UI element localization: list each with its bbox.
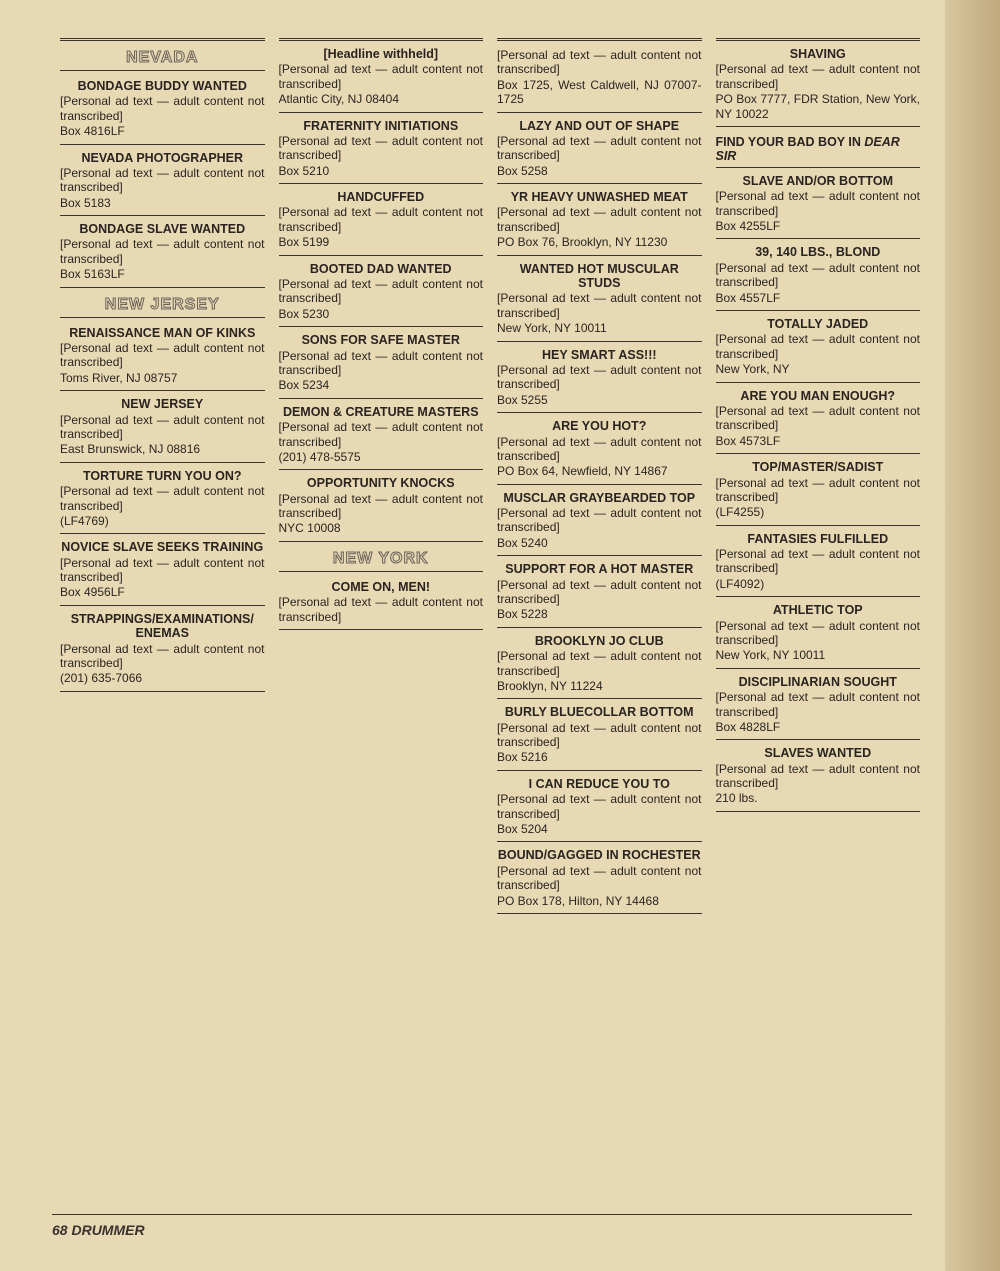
ad-headline: SLAVE AND/OR BOTTOM — [716, 174, 921, 188]
ad-box-number: Box 4816LF — [60, 124, 265, 138]
ad-box-number: Box 5255 — [497, 393, 702, 407]
personal-ad: SLAVES WANTED[Personal ad text — adult c… — [716, 744, 921, 812]
personal-ad: COME ON, MEN![Personal ad text — adult c… — [279, 578, 484, 630]
ad-headline: BURLY BLUECOLLAR BOTTOM — [497, 705, 702, 719]
ad-headline: BOUND/GAGGED IN ROCHESTER — [497, 848, 702, 862]
ad-headline: MUSCLAR GRAYBEARDED TOP — [497, 491, 702, 505]
ad-body: [Personal ad text — adult content not tr… — [60, 166, 265, 195]
ad-headline: [Headline withheld] — [279, 47, 484, 61]
ad-body: [Personal ad text — adult content not tr… — [497, 506, 702, 535]
ad-box-number: (LF4092) — [716, 577, 921, 591]
ad-headline: NOVICE SLAVE SEEKS TRAINING — [60, 540, 265, 554]
ad-body: [Personal ad text — adult content not tr… — [60, 484, 265, 513]
ad-box-number: (201) 635-7066 — [60, 671, 265, 685]
column-3: [Personal ad text — adult content not tr… — [497, 38, 702, 1208]
ad-body: [Personal ad text — adult content not tr… — [497, 792, 702, 821]
footer-rule — [52, 1214, 912, 1215]
ad-box-number: Box 4956LF — [60, 585, 265, 599]
column-2: [Headline withheld][Personal ad text — a… — [279, 38, 484, 1208]
ad-headline: SUPPORT FOR A HOT MASTER — [497, 562, 702, 576]
personal-ad: HEY SMART ASS!!![Personal ad text — adul… — [497, 346, 702, 414]
ad-body: [Personal ad text — adult content not tr… — [60, 237, 265, 266]
ad-body: [Personal ad text — adult content not tr… — [497, 134, 702, 163]
ad-headline: COME ON, MEN! — [279, 580, 484, 594]
ad-box-number: East Brunswick, NJ 08816 — [60, 442, 265, 456]
promo-text: FIND YOUR BAD BOY IN — [716, 135, 865, 149]
ad-headline: HANDCUFFED — [279, 190, 484, 204]
ad-box-number: Box 5230 — [279, 307, 484, 321]
ad-headline: BONDAGE SLAVE WANTED — [60, 222, 265, 236]
ad-box-number: New York, NY — [716, 362, 921, 376]
personal-ad: OPPORTUNITY KNOCKS[Personal ad text — ad… — [279, 474, 484, 542]
ad-box-number: Box 5204 — [497, 822, 702, 836]
ad-headline: TOTALLY JADED — [716, 317, 921, 331]
ad-body: [Personal ad text — adult content not tr… — [716, 547, 921, 576]
ad-box-number: Box 4828LF — [716, 720, 921, 734]
promo-line: FIND YOUR BAD BOY IN DEAR SIR — [716, 131, 921, 168]
personal-ad: SONS FOR SAFE MASTER[Personal ad text — … — [279, 331, 484, 399]
personal-ad: 39, 140 LBS., BLOND[Personal ad text — a… — [716, 243, 921, 311]
personal-ad: DISCIPLINARIAN SOUGHT[Personal ad text —… — [716, 673, 921, 741]
personal-ad: HANDCUFFED[Personal ad text — adult cont… — [279, 188, 484, 256]
ad-body: [Personal ad text — adult content not tr… — [279, 420, 484, 449]
column-top-rule — [716, 38, 921, 41]
ad-headline: FRATERNITY INITIATIONS — [279, 119, 484, 133]
ad-body: [Personal ad text — adult content not tr… — [60, 94, 265, 123]
personal-ad: NEVADA PHOTOGRAPHER[Personal ad text — a… — [60, 149, 265, 217]
ad-body: [Personal ad text — adult content not tr… — [279, 205, 484, 234]
personal-ad: LAZY AND OUT OF SHAPE[Personal ad text —… — [497, 117, 702, 185]
ad-headline: YR HEAVY UNWASHED MEAT — [497, 190, 702, 204]
personal-ad: SUPPORT FOR A HOT MASTER[Personal ad tex… — [497, 560, 702, 628]
page-footer: 68 DRUMMER — [52, 1222, 145, 1238]
ad-body: [Personal ad text — adult content not tr… — [279, 349, 484, 378]
ad-box-number: NYC 10008 — [279, 521, 484, 535]
column-1: NEVADABONDAGE BUDDY WANTED[Personal ad t… — [60, 38, 265, 1208]
personal-ad: WANTED HOT MUSCULAR STUDS[Personal ad te… — [497, 260, 702, 342]
ad-body: [Personal ad text — adult content not tr… — [279, 134, 484, 163]
ad-box-number: Box 5163LF — [60, 267, 265, 281]
ad-body: [Personal ad text — adult content not tr… — [497, 48, 702, 77]
personal-ad: BOOTED DAD WANTED[Personal ad text — adu… — [279, 260, 484, 328]
personal-ad: MUSCLAR GRAYBEARDED TOP[Personal ad text… — [497, 489, 702, 557]
ad-body: [Personal ad text — adult content not tr… — [497, 578, 702, 607]
ad-body: [Personal ad text — adult content not tr… — [716, 404, 921, 433]
ad-box-number: Box 4573LF — [716, 434, 921, 448]
personal-ad: YR HEAVY UNWASHED MEAT[Personal ad text … — [497, 188, 702, 256]
ad-headline: OPPORTUNITY KNOCKS — [279, 476, 484, 490]
ad-headline: RENAISSANCE MAN OF KINKS — [60, 326, 265, 340]
ad-headline: SHAVING — [716, 47, 921, 61]
personal-ad: [Headline withheld][Personal ad text — a… — [279, 45, 484, 113]
column-top-rule — [497, 38, 702, 41]
ad-box-number: New York, NY 10011 — [716, 648, 921, 662]
personal-ad: BURLY BLUECOLLAR BOTTOM[Personal ad text… — [497, 703, 702, 771]
ad-headline: TORTURE TURN YOU ON? — [60, 469, 265, 483]
ad-box-number: PO Box 76, Brooklyn, NY 11230 — [497, 235, 702, 249]
personal-ad: BOUND/GAGGED IN ROCHESTER[Personal ad te… — [497, 846, 702, 914]
ad-box-number: PO Box 7777, FDR Station, New York, NY 1… — [716, 92, 921, 121]
ad-headline: ARE YOU MAN ENOUGH? — [716, 389, 921, 403]
ad-headline: BOOTED DAD WANTED — [279, 262, 484, 276]
ad-box-number: Atlantic City, NJ 08404 — [279, 92, 484, 106]
ad-body: [Personal ad text — adult content not tr… — [716, 476, 921, 505]
column-4: SHAVING[Personal ad text — adult content… — [716, 38, 921, 1208]
ad-headline: DEMON & CREATURE MASTERS — [279, 405, 484, 419]
ad-box-number: Box 5228 — [497, 607, 702, 621]
personal-ad: TOP/MASTER/SADIST[Personal ad text — adu… — [716, 458, 921, 526]
personal-ad: ARE YOU MAN ENOUGH?[Personal ad text — a… — [716, 387, 921, 455]
ad-box-number: (LF4769) — [60, 514, 265, 528]
ad-box-number: 210 lbs. — [716, 791, 921, 805]
ad-box-number: Box 5234 — [279, 378, 484, 392]
personal-ad: FANTASIES FULFILLED[Personal ad text — a… — [716, 530, 921, 598]
ad-headline: ARE YOU HOT? — [497, 419, 702, 433]
ad-body: [Personal ad text — adult content not tr… — [716, 332, 921, 361]
personal-ad: STRAPPINGS/EXAMINATIONS/ ENEMAS[Personal… — [60, 610, 265, 692]
ad-headline: TOP/MASTER/SADIST — [716, 460, 921, 474]
ad-headline: I CAN REDUCE YOU TO — [497, 777, 702, 791]
ad-headline: DISCIPLINARIAN SOUGHT — [716, 675, 921, 689]
personal-ad: SLAVE AND/OR BOTTOM[Personal ad text — a… — [716, 172, 921, 240]
personal-ad: SHAVING[Personal ad text — adult content… — [716, 45, 921, 127]
ad-box-number: Box 5240 — [497, 536, 702, 550]
ad-headline: 39, 140 LBS., BLOND — [716, 245, 921, 259]
publication-title: DRUMMER — [71, 1222, 144, 1238]
ad-body: [Personal ad text — adult content not tr… — [716, 619, 921, 648]
ad-box-number: (201) 478-5575 — [279, 450, 484, 464]
ad-body: [Personal ad text — adult content not tr… — [716, 690, 921, 719]
personal-ad: DEMON & CREATURE MASTERS[Personal ad tex… — [279, 403, 484, 471]
ad-headline: WANTED HOT MUSCULAR STUDS — [497, 262, 702, 291]
ad-box-number: Toms River, NJ 08757 — [60, 371, 265, 385]
ad-body: [Personal ad text — adult content not tr… — [60, 413, 265, 442]
personal-ad: I CAN REDUCE YOU TO[Personal ad text — a… — [497, 775, 702, 843]
ad-body: [Personal ad text — adult content not tr… — [279, 62, 484, 91]
ad-body: [Personal ad text — adult content not tr… — [60, 642, 265, 671]
ad-columns: NEVADABONDAGE BUDDY WANTED[Personal ad t… — [60, 38, 920, 1208]
ad-headline: BROOKLYN JO CLUB — [497, 634, 702, 648]
ad-body: [Personal ad text — adult content not tr… — [716, 62, 921, 91]
ad-headline: ATHLETIC TOP — [716, 603, 921, 617]
ad-box-number: Box 4255LF — [716, 219, 921, 233]
ad-body: [Personal ad text — adult content not tr… — [716, 762, 921, 791]
ad-body: [Personal ad text — adult content not tr… — [60, 341, 265, 370]
personal-ad: RENAISSANCE MAN OF KINKS[Personal ad tex… — [60, 324, 265, 392]
personal-ad: NEW JERSEY[Personal ad text — adult cont… — [60, 395, 265, 463]
ad-box-number: Box 4557LF — [716, 291, 921, 305]
ad-body: [Personal ad text — adult content not tr… — [497, 649, 702, 678]
ad-box-number: Box 5183 — [60, 196, 265, 210]
ad-body: [Personal ad text — adult content not tr… — [60, 556, 265, 585]
ad-body: [Personal ad text — adult content not tr… — [497, 435, 702, 464]
page-edge-shadow — [945, 0, 1000, 1271]
ad-headline: NEVADA PHOTOGRAPHER — [60, 151, 265, 165]
ad-headline: LAZY AND OUT OF SHAPE — [497, 119, 702, 133]
ad-body: [Personal ad text — adult content not tr… — [497, 291, 702, 320]
personal-ad: TORTURE TURN YOU ON?[Personal ad text — … — [60, 467, 265, 535]
personal-ad: NOVICE SLAVE SEEKS TRAINING[Personal ad … — [60, 538, 265, 606]
section-header: NEVADA — [60, 45, 265, 71]
ad-body: [Personal ad text — adult content not tr… — [497, 864, 702, 893]
ad-headline: NEW JERSEY — [60, 397, 265, 411]
ad-box-number: New York, NY 10011 — [497, 321, 702, 335]
ad-body: [Personal ad text — adult content not tr… — [279, 595, 484, 624]
personal-ad: BONDAGE BUDDY WANTED[Personal ad text — … — [60, 77, 265, 145]
personal-ad: ARE YOU HOT?[Personal ad text — adult co… — [497, 417, 702, 485]
column-top-rule — [60, 38, 265, 41]
ad-body: [Personal ad text — adult content not tr… — [279, 492, 484, 521]
ad-headline: HEY SMART ASS!!! — [497, 348, 702, 362]
ad-body: [Personal ad text — adult content not tr… — [716, 189, 921, 218]
ad-box-number: (LF4255) — [716, 505, 921, 519]
column-top-rule — [279, 38, 484, 41]
section-header: NEW JERSEY — [60, 292, 265, 318]
personal-ad: BONDAGE SLAVE WANTED[Personal ad text — … — [60, 220, 265, 288]
personal-ad: TOTALLY JADED[Personal ad text — adult c… — [716, 315, 921, 383]
ad-headline: SONS FOR SAFE MASTER — [279, 333, 484, 347]
ad-box-number: Box 5199 — [279, 235, 484, 249]
ad-box-number: Box 5216 — [497, 750, 702, 764]
page-number: 68 — [52, 1222, 68, 1238]
section-header: NEW YORK — [279, 546, 484, 572]
ad-box-number: Box 1725, West Caldwell, NJ 07007-1725 — [497, 78, 702, 107]
ad-box-number: PO Box 178, Hilton, NY 14468 — [497, 894, 702, 908]
ad-headline: FANTASIES FULFILLED — [716, 532, 921, 546]
ad-body: [Personal ad text — adult content not tr… — [716, 261, 921, 290]
ad-box-number: Box 5210 — [279, 164, 484, 178]
ad-headline: BONDAGE BUDDY WANTED — [60, 79, 265, 93]
ad-headline: STRAPPINGS/EXAMINATIONS/ ENEMAS — [60, 612, 265, 641]
ad-body: [Personal ad text — adult content not tr… — [279, 277, 484, 306]
ad-box-number: PO Box 64, Newfield, NY 14867 — [497, 464, 702, 478]
personal-ad: BROOKLYN JO CLUB[Personal ad text — adul… — [497, 632, 702, 700]
ad-body: [Personal ad text — adult content not tr… — [497, 721, 702, 750]
ad-box-number: Brooklyn, NY 11224 — [497, 679, 702, 693]
ad-body: [Personal ad text — adult content not tr… — [497, 363, 702, 392]
ad-box-number: Box 5258 — [497, 164, 702, 178]
personal-ad: FRATERNITY INITIATIONS[Personal ad text … — [279, 117, 484, 185]
personal-ad: [Personal ad text — adult content not tr… — [497, 45, 702, 113]
personal-ad: ATHLETIC TOP[Personal ad text — adult co… — [716, 601, 921, 669]
ad-headline: SLAVES WANTED — [716, 746, 921, 760]
ad-body: [Personal ad text — adult content not tr… — [497, 205, 702, 234]
